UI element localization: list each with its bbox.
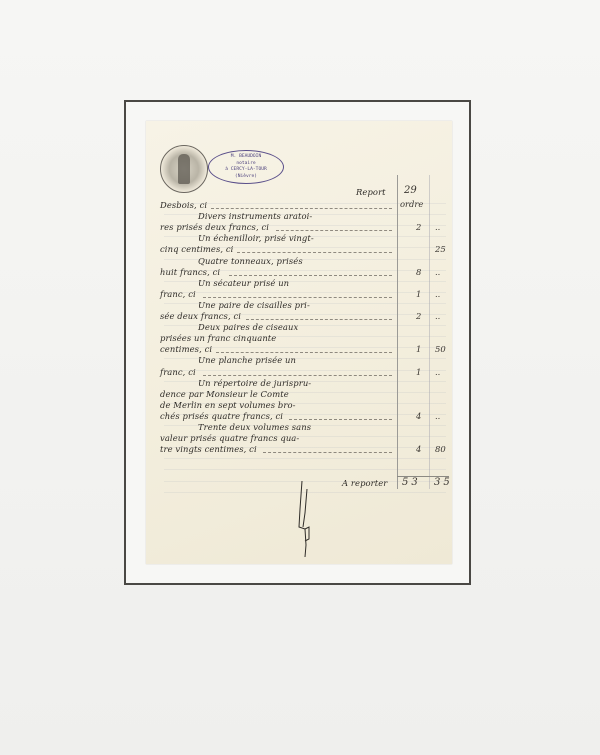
- ruling-line: [164, 292, 446, 293]
- entry-text-line: Une planche prisée un: [198, 355, 296, 365]
- centimes-column-divider: [429, 175, 430, 489]
- entry-text-line: de Merlin en sept volumes bro-: [160, 400, 296, 410]
- entry-text-line: centimes, ci: [160, 344, 212, 354]
- entry-text-line: tre vingts centimes, ci: [160, 444, 257, 454]
- entry-centimes: 50: [435, 344, 446, 354]
- leader-dashes: [203, 375, 392, 376]
- leader-dashes: [263, 452, 392, 453]
- leader-dashes: [216, 352, 392, 353]
- total-francs: 53: [402, 477, 421, 488]
- entry-text-line: sée deux francs, ci: [160, 311, 241, 321]
- entry-centimes: ..: [435, 267, 440, 277]
- entry-francs: 2: [416, 222, 421, 232]
- entry-text-line: Desbois, ci: [160, 200, 207, 210]
- entry-francs: 8: [416, 267, 421, 277]
- entry-francs: 1: [416, 344, 421, 354]
- entry-centimes: 25: [435, 244, 446, 254]
- entry-francs: 4: [416, 411, 421, 421]
- entry-text-line: Quatre tonneaux, prisés: [198, 256, 303, 266]
- leader-dashes: [276, 230, 392, 231]
- leader-dashes: [237, 252, 392, 253]
- entry-francs: 1: [416, 289, 421, 299]
- entry-text-line: Un sécateur prisé un: [198, 278, 289, 288]
- entry-text-line: Un répertoire de jurispru-: [198, 378, 311, 388]
- entry-text-line: res prisés deux francs, ci: [160, 222, 269, 232]
- entry-text-line: dence par Monsieur le Comte: [160, 389, 289, 399]
- entry-text-line: Divers instruments aratoi-: [198, 211, 312, 221]
- ruling-line: [164, 469, 446, 470]
- leader-dashes: [229, 275, 393, 276]
- leader-dashes: [246, 319, 392, 320]
- entry-text-line: franc, ci: [160, 367, 196, 377]
- signature-mark: [296, 479, 316, 559]
- entry-francs: 2: [416, 311, 421, 321]
- republique-francaise-seal-icon: [160, 145, 208, 193]
- amount-column-divider: [397, 175, 398, 489]
- entry-text-line: Deux paires de ciseaux: [198, 322, 298, 332]
- entry-text-line: prisées un franc cinquante: [160, 333, 276, 343]
- entry-centimes: ..: [435, 311, 440, 321]
- entry-text-line: valeur prisés quatre francs qua-: [160, 433, 299, 443]
- entry-text-line: chés prisés quatre francs, ci: [160, 411, 283, 421]
- leader-dashes: [203, 297, 392, 298]
- report-label: Report: [356, 187, 386, 197]
- entry-centimes: 80: [435, 444, 446, 454]
- entry-text-line: Un échenilloir, prisé vingt-: [198, 233, 314, 243]
- entry-centimes: ..: [435, 411, 440, 421]
- entry-centimes: ..: [435, 367, 440, 377]
- ruling-line: [164, 370, 446, 371]
- report-amount: 29: [404, 185, 417, 196]
- notary-stamp: M. BEAUDOIN notaire à CERCY-LA-TOUR (Niè…: [208, 150, 284, 184]
- entry-text-line: cinq centimes, ci: [160, 244, 233, 254]
- total-centimes: 35: [434, 477, 453, 488]
- document-page: M. BEAUDOIN notaire à CERCY-LA-TOUR (Niè…: [146, 121, 452, 564]
- carry-forward-label: A reporter: [342, 478, 387, 488]
- entry-francs: 4: [416, 444, 421, 454]
- report-note: ordre: [400, 199, 423, 209]
- entry-centimes: ..: [435, 289, 440, 299]
- entry-centimes: ..: [435, 222, 440, 232]
- entry-text-line: huit francs, ci: [160, 267, 220, 277]
- leader-dashes: [289, 419, 392, 420]
- ruling-line: [164, 458, 446, 459]
- entry-text-line: Trente deux volumes sans: [198, 422, 311, 432]
- entry-text-line: franc, ci: [160, 289, 196, 299]
- entry-francs: 1: [416, 367, 421, 377]
- stamp-line-4: (Nièvre): [209, 174, 283, 181]
- leader-dashes: [211, 208, 392, 209]
- entry-text-line: Une paire de cisailles pri-: [198, 300, 310, 310]
